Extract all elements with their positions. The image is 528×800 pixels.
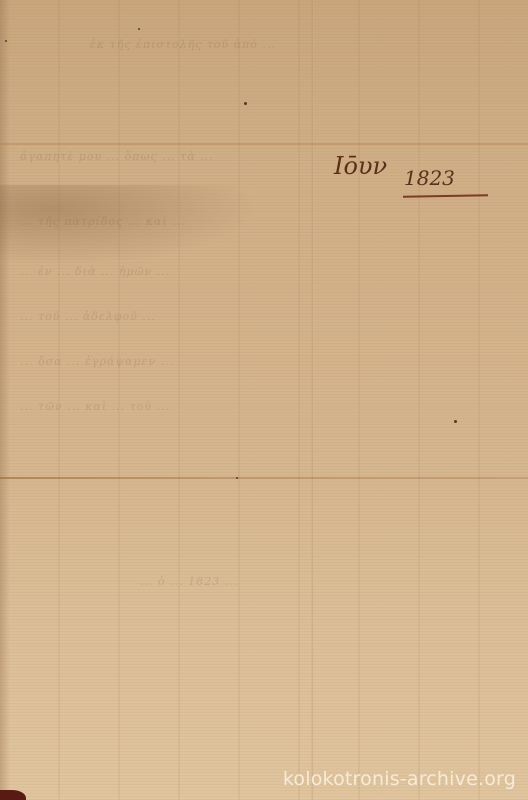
bleed-through-text: ... τῶν ... καὶ ... τοῦ ... (20, 400, 508, 413)
background-corner (0, 790, 26, 800)
bleed-through-text: ... τῆς πατρίδος ... καὶ ... (20, 215, 508, 228)
archive-watermark: kolokotronis-archive.org (283, 768, 516, 790)
bleed-through-text: ... ἐν ... διὰ ... ἡμῶν ... (20, 265, 508, 278)
top-fold-line (0, 143, 528, 145)
bleed-through-text: ἐκ τῆς ἐπιστολῆς τοῦ ἀπὸ ... (90, 38, 508, 51)
ink-spot (138, 28, 140, 30)
bleed-through-text: ... ὅσα ... ἐγράψαμεν ... (20, 355, 508, 368)
paper-edge-shadow (0, 0, 10, 800)
ink-spot (244, 102, 247, 105)
ink-spot (454, 420, 457, 423)
bleed-through-text: ... τοῦ ... ἀδελφοῦ ... (20, 310, 508, 323)
date-annotation-year: 1823 (404, 166, 455, 190)
document-page: ἐκ τῆς ἐπιστολῆς τοῦ ἀπὸ ... ἀγαπητέ μου… (0, 0, 528, 800)
ink-spot (236, 477, 238, 479)
date-annotation-month: Ιο̄υν (334, 152, 387, 180)
bleed-through-text: ... ὁ ... 1823 ... (140, 575, 508, 588)
middle-fold-line (0, 477, 528, 479)
bleed-through-text: ἀγαπητέ μου ... ὅπως ... τὰ ... (20, 150, 508, 163)
ink-spot (5, 40, 7, 42)
